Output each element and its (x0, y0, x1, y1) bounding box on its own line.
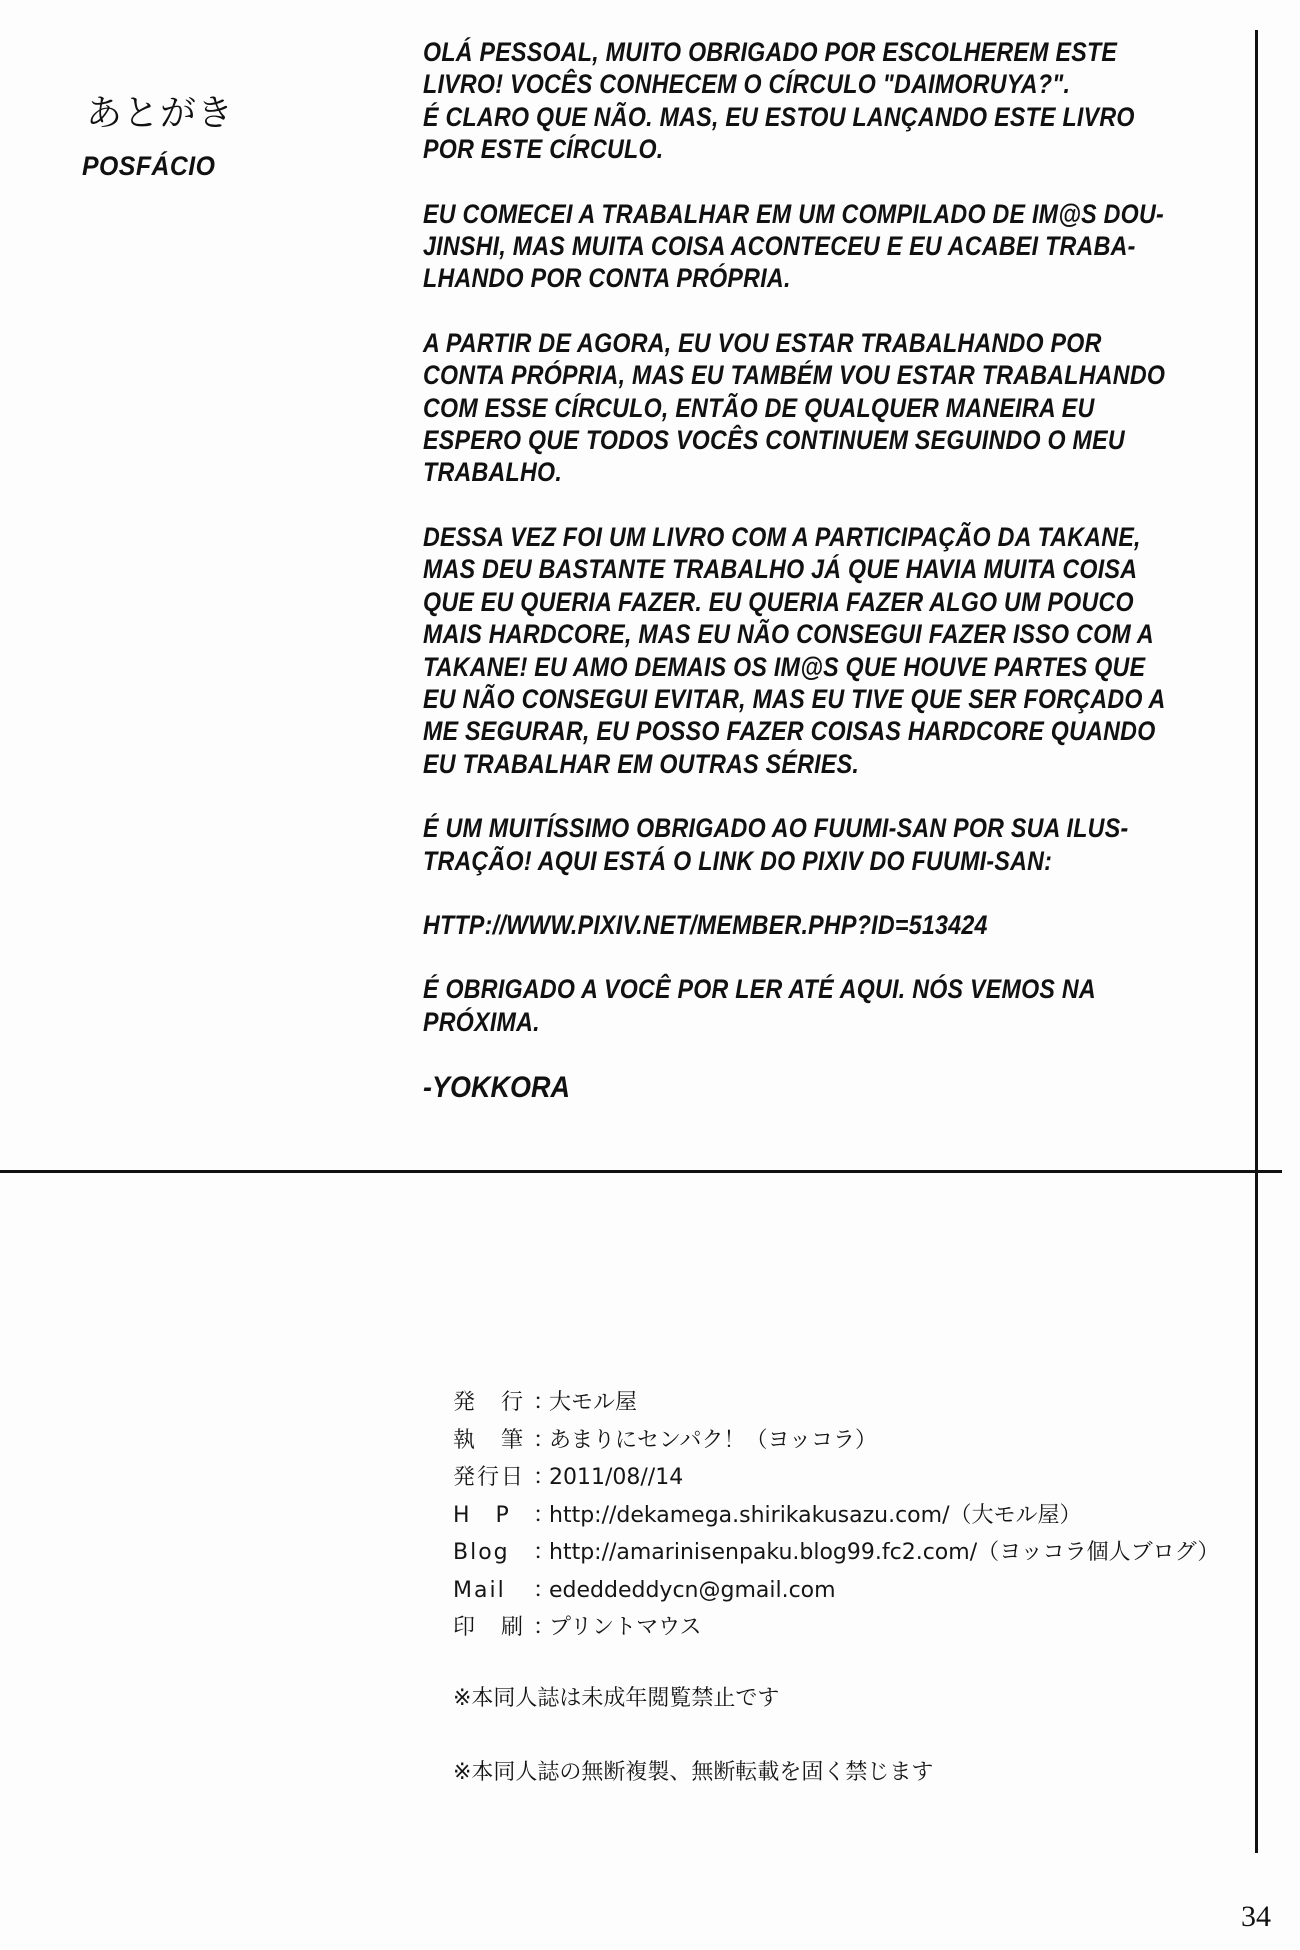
colophon-label: 発 行 (453, 1384, 533, 1422)
colophon-separator: ： (533, 1572, 549, 1610)
colophon-row-mail: Mail：ededdeddycn@gmail.com (453, 1572, 1219, 1610)
colophon-separator: ： (533, 1534, 549, 1572)
paragraph-thanks-illustrator: É UM MUITÍSSIMO OBRIGADO AO FUUMI-SAN PO… (423, 812, 1257, 877)
signature: -YOKKORA (423, 1070, 1170, 1106)
colophon-label: H P (453, 1497, 533, 1535)
notice-copyright: ※本同人誌の無断複製、無断転載を固く禁じます (453, 1758, 933, 1788)
colophon-label: 執 筆 (453, 1422, 533, 1460)
colophon-separator: ： (533, 1422, 549, 1460)
colophon-row-publisher: 発 行：大モル屋 (453, 1384, 1219, 1422)
email-link[interactable]: ededdeddycn@gmail.com (549, 1578, 836, 1603)
colophon-row-author: 執 筆：あまりにセンパク！（ヨッコラ） (453, 1422, 1219, 1460)
colophon-value: プリントマウス (549, 1615, 701, 1640)
colophon-value: あまりにセンパク！（ヨッコラ） (549, 1428, 877, 1453)
paragraph-closing: É OBRIGADO A VOCÊ POR LER ATÉ AQUI. NÓS … (423, 973, 1257, 1038)
colophon-separator: ： (533, 1609, 549, 1647)
colophon-row-date: 発行日：2011/08//14 (453, 1459, 1219, 1497)
colophon-row-printer: 印 刷：プリントマウス (453, 1609, 1219, 1647)
pixiv-link[interactable]: HTTP://WWW.PIXIV.NET/MEMBER.PHP?ID=51342… (423, 909, 1257, 941)
page-number: 34 (1241, 1900, 1271, 1934)
colophon-separator: ： (533, 1459, 549, 1497)
colophon-row-homepage: H P：http://dekamega.shirikakusazu.com/（大… (453, 1497, 1219, 1535)
notices: ※本同人誌は未成年閲覧禁止です ※本同人誌の無断複製、無断転載を固く禁じます (453, 1684, 933, 1832)
colophon-separator: ： (533, 1384, 549, 1422)
title-portuguese: POSFÁCIO (82, 150, 215, 182)
colophon-label: 発行日 (453, 1459, 533, 1497)
horizontal-rule (0, 1170, 1282, 1173)
title-japanese: あとがき (86, 92, 234, 136)
paragraph-takane: DESSA VEZ FOI UM LIVRO COM A PARTICIPAÇÃ… (423, 521, 1257, 780)
notice-age-restriction: ※本同人誌は未成年閲覧禁止です (453, 1684, 933, 1714)
colophon-label: 印 刷 (453, 1609, 533, 1647)
colophon-label: Blog (453, 1534, 533, 1572)
paragraph-intro: OLÁ PESSOAL, MUITO OBRIGADO POR ESCOLHER… (423, 36, 1257, 166)
paragraph-future: A PARTIR DE AGORA, EU VOU ESTAR TRABALHA… (423, 327, 1257, 489)
colophon-row-blog: Blog：http://amarinisenpaku.blog99.fc2.co… (453, 1534, 1219, 1572)
homepage-link[interactable]: http://dekamega.shirikakusazu.com/（大モル屋） (549, 1503, 1081, 1528)
colophon-label: Mail (453, 1572, 533, 1610)
colophon-separator: ： (533, 1497, 549, 1535)
colophon-value: 2011/08//14 (549, 1465, 683, 1490)
afterword-body: OLÁ PESSOAL, MUITO OBRIGADO POR ESCOLHER… (423, 36, 1253, 1106)
blog-link[interactable]: http://amarinisenpaku.blog99.fc2.com/（ヨッ… (549, 1540, 1219, 1565)
vertical-rule (1255, 30, 1258, 1853)
paragraph-compilation: EU COMECEI A TRABALHAR EM UM COMPILADO D… (423, 198, 1257, 295)
colophon: 発 行：大モル屋 執 筆：あまりにセンパク！（ヨッコラ） 発行日：2011/08… (453, 1384, 1219, 1647)
colophon-value: 大モル屋 (549, 1390, 637, 1415)
